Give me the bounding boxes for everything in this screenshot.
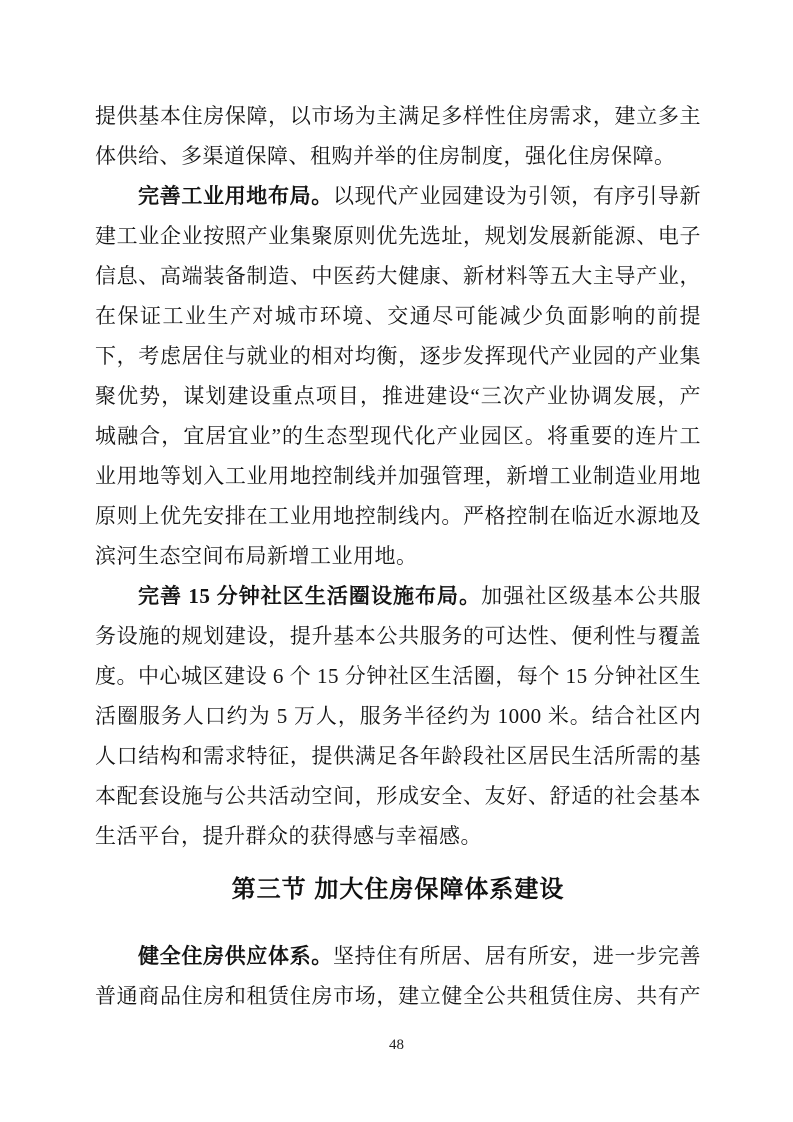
paragraph-lead: 健全住房供应体系。 [138, 944, 333, 968]
page-number: 48 [0, 1034, 793, 1056]
body-text: 提供基本住房保障，以市场为主满足多样性住房需求，建立多主体供给、多渠道保障、租购… [95, 96, 701, 1016]
paragraph-lead: 完善工业用地布局。 [138, 184, 333, 208]
paragraph-text: 以现代产业园建设为引领，有序引导新建工业企业按照产业集聚原则优先选址，规划发展新… [95, 184, 701, 568]
section-heading: 第三节 加大住房保障体系建设 [95, 868, 701, 912]
paragraph-text: 提供基本住房保障，以市场为主满足多样性住房需求，建立多主体供给、多渠道保障、租购… [95, 104, 701, 168]
paragraph-housing-supply: 健全住房供应体系。坚持住有所居、居有所安，进一步完善普通商品住房和租赁住房市场，… [95, 936, 701, 1016]
paragraph-industrial-land: 完善工业用地布局。以现代产业园建设为引领，有序引导新建工业企业按照产业集聚原则优… [95, 176, 701, 576]
document-page: 提供基本住房保障，以市场为主满足多样性住房需求，建立多主体供给、多渠道保障、租购… [0, 0, 793, 1122]
paragraph-continuation: 提供基本住房保障，以市场为主满足多样性住房需求，建立多主体供给、多渠道保障、租购… [95, 96, 701, 176]
paragraph-text: 加强社区级基本公共服务设施的规划建设，提升基本公共服务的可达性、便利性与覆盖度。… [95, 584, 701, 848]
paragraph-community-life-circle: 完善 15 分钟社区生活圈设施布局。加强社区级基本公共服务设施的规划建设，提升基… [95, 576, 701, 856]
paragraph-lead: 完善 15 分钟社区生活圈设施布局。 [138, 584, 481, 608]
